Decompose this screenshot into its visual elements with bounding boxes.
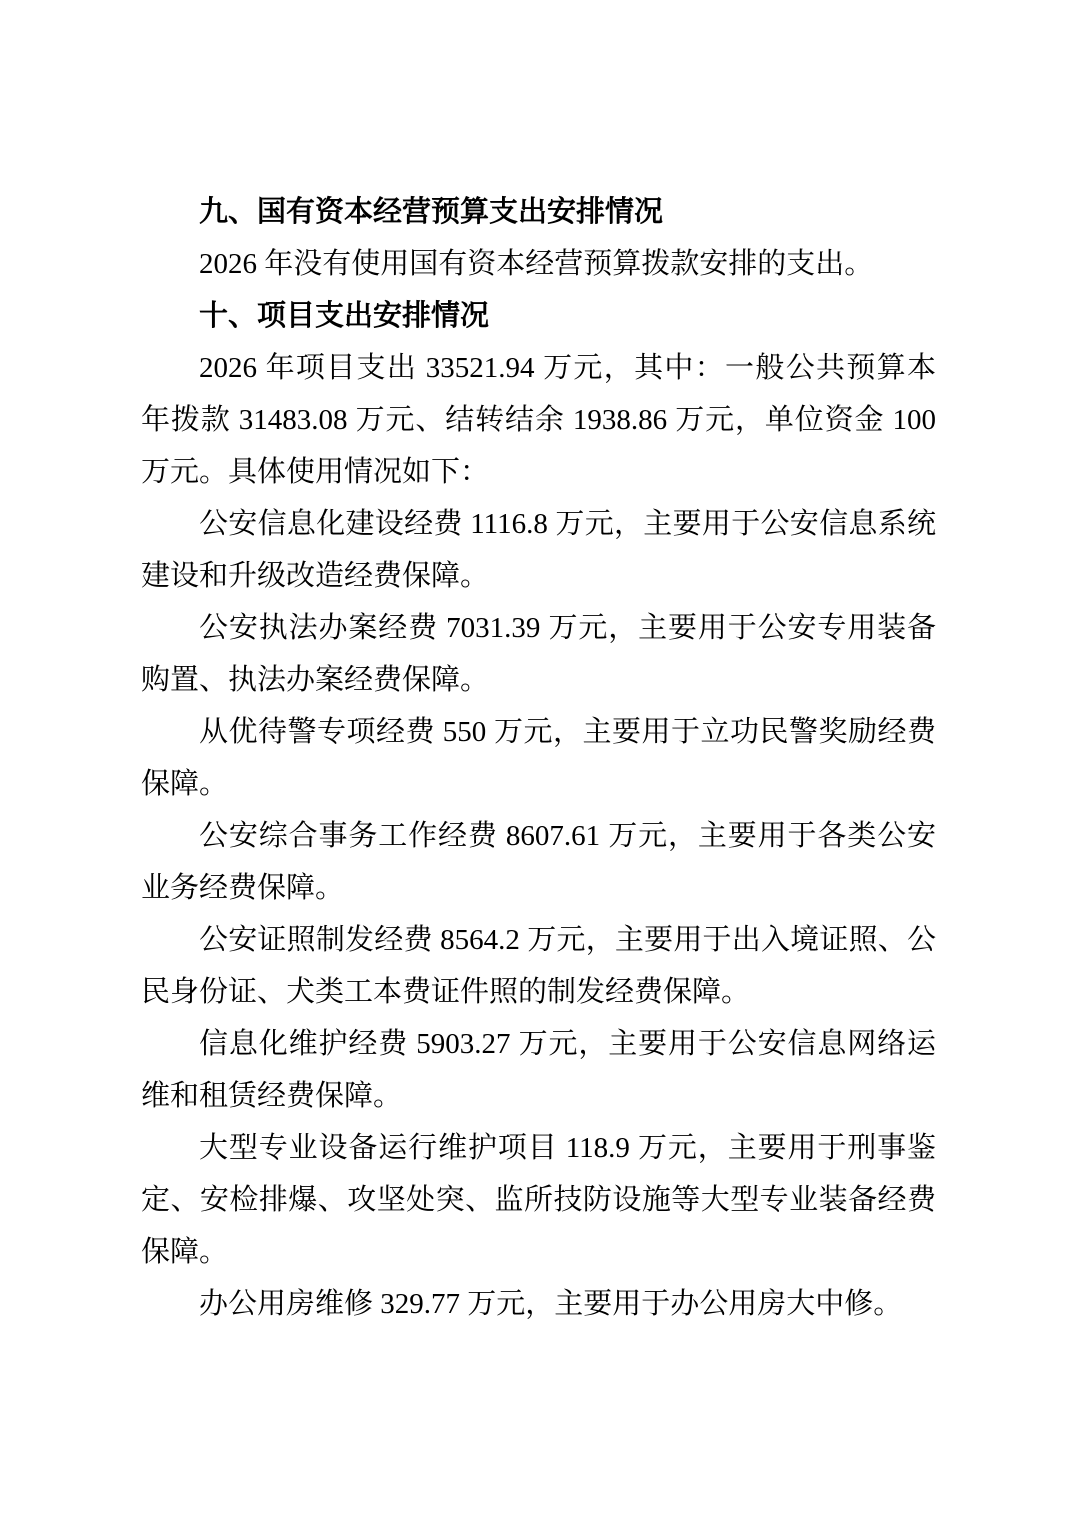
heading-section-10-project-spending: 十、项目支出安排情况: [141, 290, 936, 342]
document-page: 九、国有资本经营预算支出安排情况 2026 年没有使用国有资本经营预算拨款安排的…: [0, 0, 1074, 1520]
para-comprehensive-affairs-funds: 公安综合事务工作经费 8607.61 万元，主要用于各类公安业务经费保障。: [141, 810, 936, 914]
para-certificate-production-funds: 公安证照制发经费 8564.2 万元，主要用于出入境证照、公民身份证、犬类工本费…: [141, 914, 936, 1018]
para-no-soe-budget-expenditure: 2026 年没有使用国有资本经营预算拨款安排的支出。: [141, 238, 936, 290]
para-project-expenditure-summary: 2026 年项目支出 33521.94 万元，其中：一般公共预算本年拨款 314…: [141, 342, 936, 498]
para-informatization-maintenance: 信息化维护经费 5903.27 万元，主要用于公安信息网络运维和租赁经费保障。: [141, 1018, 936, 1122]
document-body: 九、国有资本经营预算支出安排情况 2026 年没有使用国有资本经营预算拨款安排的…: [141, 186, 936, 1330]
para-law-enforcement-case-funds: 公安执法办案经费 7031.39 万元，主要用于公安专用装备购置、执法办案经费保…: [141, 602, 936, 706]
para-informatization-construction: 公安信息化建设经费 1116.8 万元，主要用于公安信息系统建设和升级改造经费保…: [141, 498, 936, 602]
heading-section-9-soe-budget: 九、国有资本经营预算支出安排情况: [141, 186, 936, 238]
para-office-building-repair: 办公用房维修 329.77 万元，主要用于办公用房大中修。: [141, 1278, 936, 1330]
para-police-welfare-special-funds: 从优待警专项经费 550 万元，主要用于立功民警奖励经费保障。: [141, 706, 936, 810]
para-large-equipment-maintenance: 大型专业设备运行维护项目 118.9 万元，主要用于刑事鉴定、安检排爆、攻坚处突…: [141, 1122, 936, 1278]
